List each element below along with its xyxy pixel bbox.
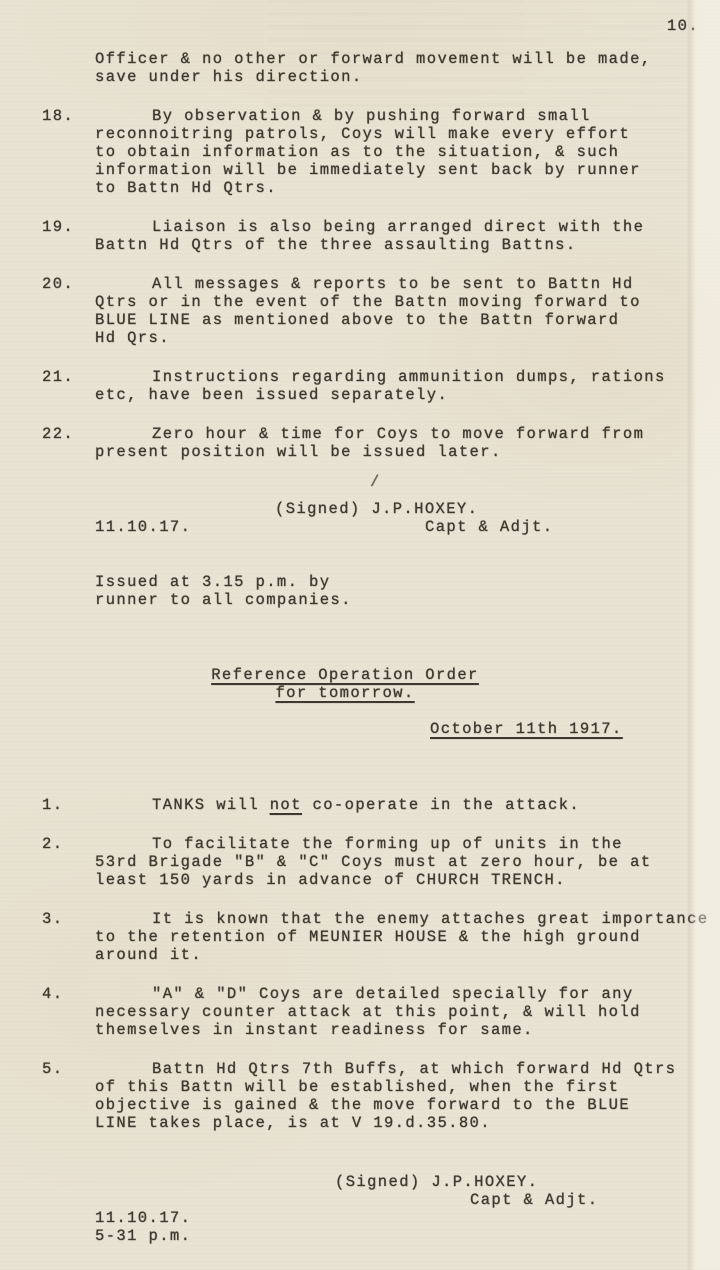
text-line: runner to all companies. [95,591,680,609]
text-line: themselves in instant readiness for same… [95,1021,680,1039]
text-line: to the retention of MEUNIER HOUSE & the … [95,928,680,946]
item-number: 18. [42,107,74,125]
text-line: of this Battn will be established, when … [95,1078,680,1096]
text-line: Battn Hd Qtrs of the three assaulting Ba… [95,236,680,254]
heading-line: Reference Operation Order [95,666,595,684]
item-number: 5. [42,1060,63,1078]
item-number: 21. [42,368,74,386]
order-item-18: 18. By observation & by pushing forward … [95,107,680,197]
signature-signed: (Signed) J.P.HOXEY. [95,500,680,518]
text-line: objective is gained & the move forward t… [95,1096,680,1114]
text-line: Battn Hd Qtrs 7th Buffs, at which forwar… [95,1060,680,1078]
text-line: 53rd Brigade "B" & "C" Coys must at zero… [95,853,680,871]
signature-row: 11.10.17. Capt & Adjt. [95,518,680,536]
underlined-word: not [270,796,302,814]
item-number: 2. [42,835,63,853]
order-item-4: 4. "A" & "D" Coys are detailed specially… [95,985,680,1039]
text-line: It is known that the enemy attaches grea… [95,910,680,928]
text-line: Liaison is also being arranged direct wi… [95,218,680,236]
text-line: to obtain information as to the situatio… [95,143,680,161]
item-number: 20. [42,275,74,293]
order-item-5: 5. Battn Hd Qtrs 7th Buffs, at which for… [95,1060,680,1132]
text-line: Zero hour & time for Coys to move forwar… [95,425,680,443]
signature-signed: (Signed) J.P.HOXEY. [95,1173,680,1191]
order-item-19: 19. Liaison is also being arranged direc… [95,218,680,254]
order-item-22: 22. Zero hour & time for Coys to move fo… [95,425,680,461]
text-line: TANKS will not co-operate in the attack. [95,796,680,814]
text-line: Issued at 3.15 p.m. by [95,573,680,591]
item-number: 22. [42,425,74,443]
text-line: LINE takes place, is at V 19.d.35.80. [95,1114,680,1132]
order-item-21: 21. Instructions regarding ammunition du… [95,368,680,404]
text-line: information will be immediately sent bac… [95,161,680,179]
signature-rank: Capt & Adjt. [425,518,553,536]
item-number: 1. [42,796,63,814]
text-segment: co-operate in the attack. [313,796,581,814]
signature-date: 11.10.17. [95,1209,680,1227]
signature-date: 11.10.17. [95,518,191,536]
text-line: Hd Qrs. [95,329,680,347]
issue-note: Issued at 3.15 p.m. by runner to all com… [95,573,680,609]
item-number: 3. [42,910,63,928]
item-number: 19. [42,218,74,236]
text-line: least 150 yards in advance of CHURCH TRE… [95,871,680,889]
order-item-3: 3. It is known that the enemy attaches g… [95,910,680,964]
document-body: Officer & no other or forward movement w… [95,50,680,1245]
item-number: 4. [42,985,63,1003]
signature-time: 5-31 p.m. [95,1227,680,1245]
heading-line: for tomorrow. [95,684,595,702]
order-item-2: 2. To facilitate the forming up of units… [95,835,680,889]
reference-order-heading: Reference Operation Order for tomorrow. [95,666,595,702]
text-line: etc, have been issued separately. [95,386,680,404]
order-date-heading: October 11th 1917. [95,720,680,738]
text-line: BLUE LINE as mentioned above to the Batt… [95,311,680,329]
text-segment: TANKS will [152,796,259,814]
intro-paragraph: Officer & no other or forward movement w… [95,50,680,86]
text-line: necessary counter attack at this point, … [95,1003,680,1021]
signature-rank: Capt & Adjt. [95,1191,680,1209]
text-line: By observation & by pushing forward smal… [95,107,680,125]
document-page: 10. Officer & no other or forward moveme… [0,0,720,1270]
text-line: save under his direction. [95,68,680,86]
text-line: Qtrs or in the event of the Battn moving… [95,293,680,311]
text-line: present position will be issued later. [95,443,680,461]
text-line: "A" & "D" Coys are detailed specially fo… [95,985,680,1003]
text-line: reconnoitring patrols, Coys will make ev… [95,125,680,143]
page-number: 10. [667,17,699,35]
text-line: around it. [95,946,680,964]
stray-pen-mark: / [95,473,680,491]
text-line: All messages & reports to be sent to Bat… [95,275,680,293]
text-line: To facilitate the forming up of units in… [95,835,680,853]
text-line: Instructions regarding ammunition dumps,… [95,368,680,386]
text-line: to Battn Hd Qtrs. [95,179,680,197]
order-item-1: 1. TANKS will not co-operate in the atta… [95,796,680,814]
order-item-20: 20. All messages & reports to be sent to… [95,275,680,347]
text-line: Officer & no other or forward movement w… [95,50,680,68]
